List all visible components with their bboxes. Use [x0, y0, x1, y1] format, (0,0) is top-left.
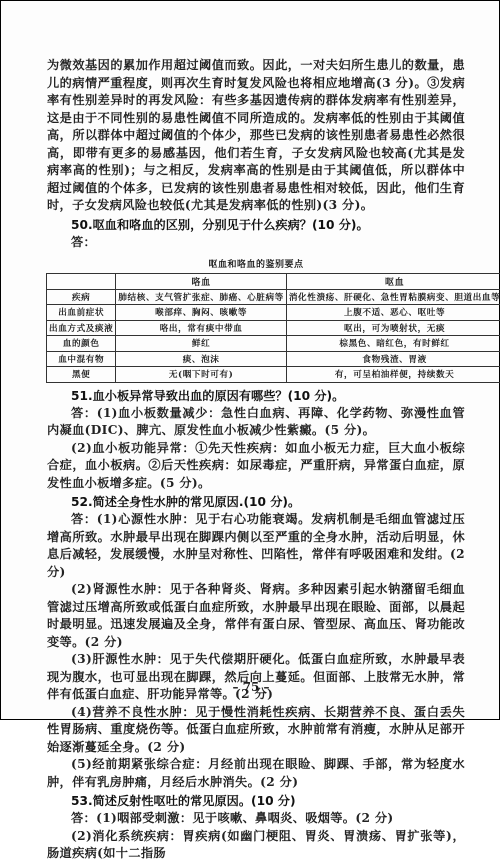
table-cell: 上腹不适、恶心、呕吐等	[286, 305, 500, 321]
table-cell: 黑便	[47, 367, 116, 383]
answer-52-part-3: (3)肝源性水肿：见于失代偿期肝硬化。低蛋白血症所致，水肿最早表现为腹水，也可显…	[47, 651, 465, 704]
table-row: 黑便 无(咽下时可有) 有，可呈柏油样便，持续数天	[47, 367, 500, 383]
table-cell: 血中混有物	[47, 351, 116, 367]
table-cell: 肺结核、支气管扩张症、肺癌、心脏病等	[116, 289, 287, 305]
table-header-cell	[47, 274, 116, 290]
answer-label-50: 答：	[47, 234, 465, 252]
table-cell: 无(咽下时可有)	[116, 367, 287, 383]
table-cell: 咯出，常有痰中带血	[116, 320, 287, 336]
table-row: 出血前症状 喉部痒、胸闷、咳嗽等 上腹不适、恶心、呕吐等	[47, 305, 500, 321]
question-52: 52.简述全身性水肿的常见原因.(10 分)。	[47, 493, 465, 511]
table-cell: 痰、泡沫	[116, 351, 287, 367]
answer-52-part-1: 答：(1)心源性水肿：见于右心功能衰竭。发病机制是毛细血管滤过压增高所致。水肿最…	[47, 511, 465, 581]
table-header-cell: 咯血	[116, 274, 287, 290]
table-cell: 出血前症状	[47, 305, 116, 321]
table-row: 血的颜色 鲜红 棕黑色、暗红色，有时鲜红	[47, 336, 500, 352]
table-row: 血中混有物 痰、泡沫 食物残渣、胃液	[47, 351, 500, 367]
page-number: – 75 –	[1, 680, 500, 694]
table-row: 出血方式及痰液 咯出，常有痰中带血 呕出，可为喷射状，无痰	[47, 320, 500, 336]
table-caption: 呕血和咯血的鉴别要点	[47, 257, 465, 270]
table-cell: 喉部痒、胸闷、咳嗽等	[116, 305, 287, 321]
table-cell: 有，可呈柏油样便，持续数天	[286, 367, 500, 383]
table-header-cell: 呕血	[286, 274, 500, 290]
table-cell: 鲜红	[116, 336, 287, 352]
table-cell: 食物残渣、胃液	[286, 351, 500, 367]
question-51: 51.血小板异常导致出血的原因有哪些？(10 分)。	[47, 387, 465, 405]
continuation-paragraph: 为微效基因的累加作用超过阈值而致。因此，一对夫妇所生患儿的数量，患儿的病情严重程…	[47, 57, 465, 215]
question-50: 50.呕血和咯血的区别，分别见于什么疾病？(10 分)。	[47, 216, 465, 234]
table-header-row: 咯血 呕血	[47, 274, 500, 290]
table-cell: 出血方式及痰液	[47, 320, 116, 336]
table-cell: 棕黑色、暗红色，有时鲜红	[286, 336, 500, 352]
section-51: 51.血小板异常导致出血的原因有哪些？(10 分)。 答：(1)血小板数量减少：…	[47, 387, 465, 493]
table-cell: 疾病	[47, 289, 116, 305]
answer-52-part-4: (4)营养不良性水肿：见于慢性消耗性疾病、长期营养不良、蛋白丢失性胃肠病、重度烧…	[47, 704, 465, 721]
table-cell: 呕出，可为喷射状，无痰	[286, 320, 500, 336]
page-content: 为微效基因的累加作用超过阈值而致。因此，一对夫妇所生患儿的数量，患儿的病情严重程…	[47, 57, 465, 720]
table-cell: 血的颜色	[47, 336, 116, 352]
hemoptysis-hematemesis-table: 咯血 呕血 疾病 肺结核、支气管扩张症、肺癌、心脏病等 消化性溃疡、肝硬化、急性…	[46, 273, 500, 383]
table-cell: 消化性溃疡、肝硬化、急性胃粘膜病变、胆道出血等	[286, 289, 500, 305]
page-frame: 为微效基因的累加作用超过阈值而致。因此，一对夫妇所生患儿的数量，患儿的病情严重程…	[0, 0, 500, 720]
answer-51-part-2: (2)血小板功能异常：①先天性疾病：如血小板无力症，巨大血小板综合症，血小板病。…	[47, 440, 465, 493]
answer-52-part-2: (2)肾源性水肿：见于各种肾炎、肾病。多种因素引起水钠潴留毛细血管滤过压增高所致…	[47, 581, 465, 651]
answer-51-part-1: 答：(1)血小板数量减少：急性白血病、再障、化学药物、弥漫性血管内凝血(DIC)…	[47, 405, 465, 440]
table-row: 疾病 肺结核、支气管扩张症、肺癌、心脏病等 消化性溃疡、肝硬化、急性胃粘膜病变、…	[47, 289, 500, 305]
